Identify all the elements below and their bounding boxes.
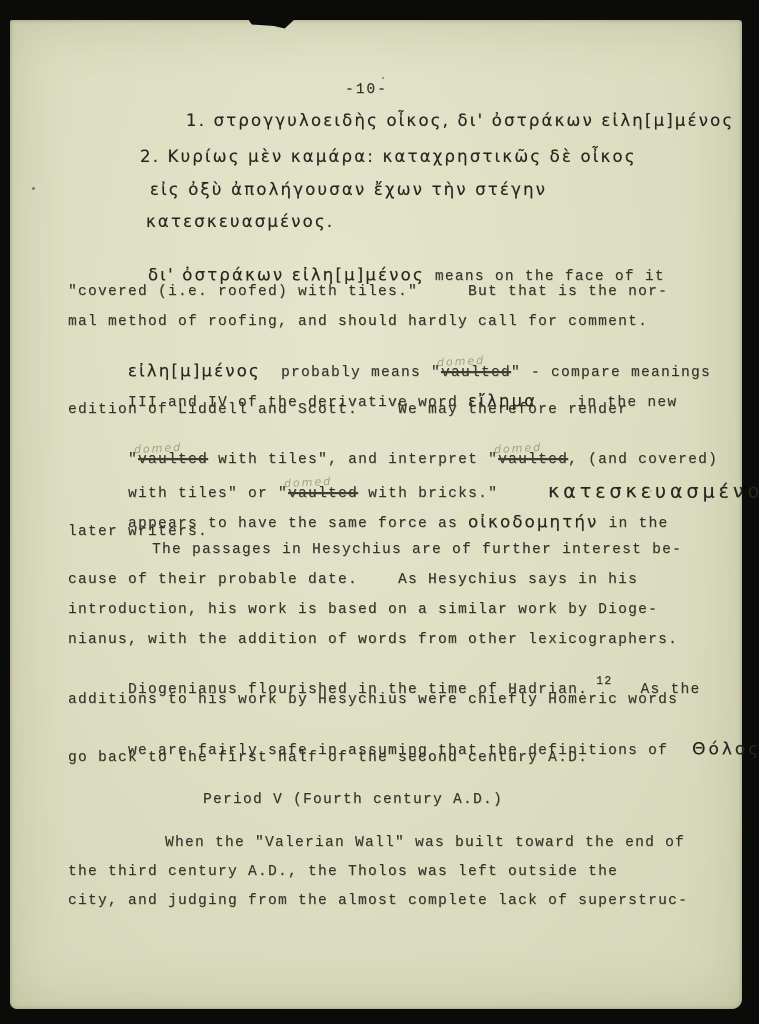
para3-line-3: city, and judging from the almost comple… [68, 891, 688, 911]
scan-background: -10- 1. στρογγυλοειδὴς οἶκος, δι' ὀστράκ… [0, 0, 759, 1024]
para1-line-6: edition of Liddell and Scott. We may the… [68, 400, 628, 420]
para2-line-1: The passages in Hesychius are of further… [152, 540, 682, 560]
para1-line-10: later writers. [68, 522, 208, 542]
paper-speck [32, 187, 35, 190]
pencil-note: domed [494, 438, 543, 460]
pencil-note: domed [284, 472, 333, 494]
typed-text: in the [599, 516, 669, 532]
greek-word: Θόλος [692, 740, 759, 760]
greek-word: οἰκοδομητήν [468, 513, 598, 533]
pencil-note: domed [436, 351, 485, 373]
para1-line-3: mal method of roofing, and should hardly… [68, 312, 648, 332]
paper-speck [382, 77, 384, 79]
section-heading: Period V (Fourth century A.D.) [203, 790, 503, 810]
document-page: -10- 1. στρογγυλοειδὴς οἶκος, δι' ὀστράκ… [10, 20, 742, 1009]
para2-line-3: introduction, his work is based on a sim… [68, 600, 658, 620]
para2-line-4: nianus, with the addition of words from … [68, 630, 678, 650]
para2-line-8: go back to the first half of the second … [68, 748, 588, 768]
para1-line-2: "covered (i.e. roofed) with tiles." But … [68, 282, 668, 302]
para2-line-2: cause of their probable date. As Hesychi… [68, 570, 638, 590]
greek-quote-line-3: εἰς ὀξὺ ἀπολήγουσαν ἔχων τὴν στέγην [150, 179, 547, 201]
footnote-reference: 12 [596, 672, 612, 692]
page-number: -10- [345, 80, 388, 100]
pencil-note: domed [134, 438, 183, 460]
para2-line-6: additions to his work by Hesychius were … [68, 690, 678, 710]
para3-line-1: When the "Valerian Wall" was built towar… [165, 833, 685, 853]
greek-quote-line-2: 2. Κυρίως μὲν καμάρα: καταχρηστικῶς δὲ ο… [140, 146, 637, 168]
para3-line-2: the third century A.D., the Tholos was l… [68, 862, 618, 882]
greek-quote-line-1: 1. στρογγυλοειδὴς οἶκος, δι' ὀστράκων εἰ… [186, 110, 734, 132]
greek-quote-line-4: κατεσκευασμένος. [146, 211, 334, 233]
